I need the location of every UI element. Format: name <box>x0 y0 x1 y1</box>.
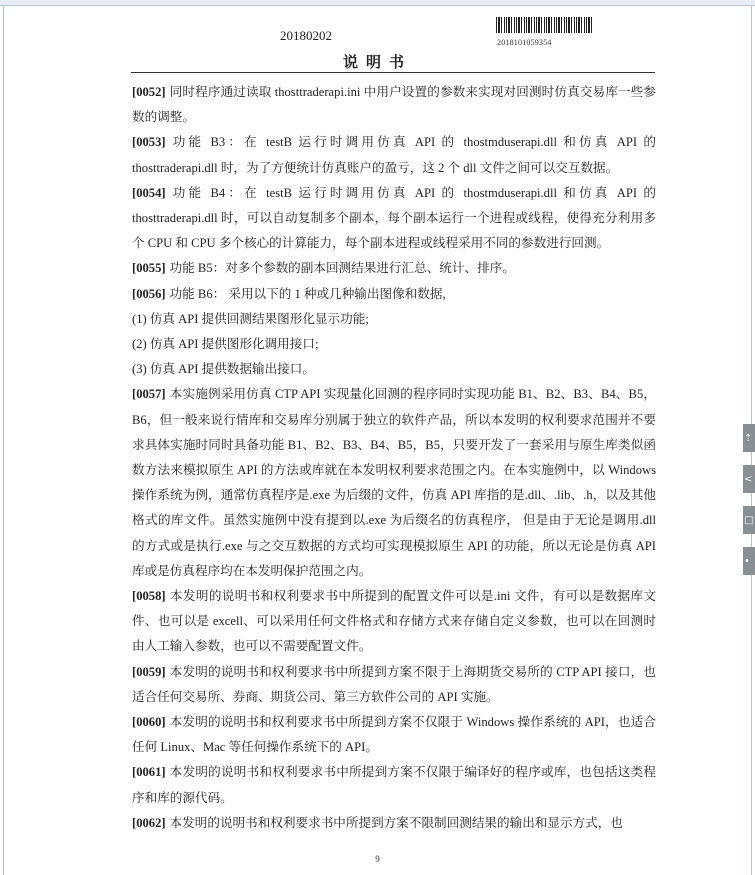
arrow-up-icon: ⇡ <box>744 433 752 444</box>
paragraph-0060: [0060]本发明的说明书和权利要求书中所提到方案不仅限于 Windows 操作… <box>132 710 656 760</box>
download-button[interactable]: • <box>743 547 755 575</box>
paragraph-text: 同时程序通过读取 thosttraderapi.ini 中用户设置的参数来实现对… <box>132 85 656 124</box>
paragraph-0054: [0054]功能 B4：在 testB 运行时调用仿真 API 的 thostm… <box>132 181 656 257</box>
page-left-edge <box>3 5 4 875</box>
feedback-icon: □ <box>744 515 753 526</box>
paragraph-number: [0060] <box>132 715 166 729</box>
paragraph-number: [0054] <box>132 186 166 200</box>
paragraph-0052: [0052]同时程序通过读取 thosttraderapi.ini 中用户设置的… <box>132 80 656 130</box>
list-item-2: (2) 仿真 API 提供图形化调用接口; <box>132 332 656 357</box>
paragraph-number: [0059] <box>132 665 166 679</box>
paragraph-text: 本发明的说明书和权利要求书中所提到方案不限于上海期货交易所的 CTP API 接… <box>132 665 656 704</box>
document-title: 说明书 <box>0 51 755 72</box>
paragraph-text: 本发明的说明书和权利要求书中所提到方案不限制回测结果的输出和显示方式，也 <box>170 816 623 830</box>
paragraph-text: 本发明的说明书和权利要求书中所提到方案不仅限于 Windows 操作系统的 AP… <box>132 715 656 754</box>
feedback-button[interactable]: □ <box>743 506 755 534</box>
paragraph-text: 功能 B4：在 testB 运行时调用仿真 API 的 thostmdusera… <box>132 186 656 250</box>
list-item-3: (3) 仿真 API 提供数据输出接口。 <box>132 357 656 382</box>
paragraph-number: [0061] <box>132 765 166 779</box>
application-number: 2018101059354 <box>497 38 552 47</box>
page-number: 9 <box>0 854 755 864</box>
share-button[interactable]: < <box>743 465 755 493</box>
paragraph-number: [0057] <box>132 387 166 401</box>
paragraph-0053: [0053]功能 B3：在 testB 运行时调用仿真 API 的 thostm… <box>132 130 656 180</box>
list-item-text: (2) 仿真 API 提供图形化调用接口; <box>132 337 318 351</box>
share-icon: < <box>744 474 752 485</box>
paragraph-0056: [0056]功能 B6： 采用以下的 1 种或几种输出图像和数据, <box>132 282 656 307</box>
barcode-image <box>496 17 594 33</box>
list-item-text: (1) 仿真 API 提供回测结果图形化显示功能; <box>132 312 369 326</box>
list-item-1: (1) 仿真 API 提供回测结果图形化显示功能; <box>132 307 656 332</box>
paragraph-text: 本发明的说明书和权利要求书中所提到方案不仅限于编译好的程序或库，也包括这类程序和… <box>132 765 656 804</box>
paragraph-text: 功能 B5：对多个参数的副本回测结果进行汇总、统计、排序。 <box>170 261 515 275</box>
paragraph-0057: [0057]本实施例采用仿真 CTP API 实现量化回测的程序同时实现功能 B… <box>132 382 656 584</box>
title-divider <box>131 72 655 73</box>
viewer-top-border <box>0 0 755 6</box>
document-body: [0052]同时程序通过读取 thosttraderapi.ini 中用户设置的… <box>132 80 656 836</box>
paragraph-number: [0052] <box>132 85 166 99</box>
publication-date: 20180202 <box>280 28 332 44</box>
paragraph-0055: [0055]功能 B5：对多个参数的副本回测结果进行汇总、统计、排序。 <box>132 256 656 281</box>
paragraph-text: 功能 B3：在 testB 运行时调用仿真 API 的 thostmdusera… <box>132 135 656 174</box>
back-to-top-button[interactable]: ⇡ <box>743 424 755 452</box>
paragraph-text: 功能 B6： 采用以下的 1 种或几种输出图像和数据, <box>170 287 446 301</box>
paragraph-0062: [0062]本发明的说明书和权利要求书中所提到方案不限制回测结果的输出和显示方式… <box>132 811 656 836</box>
paragraph-text: 本发明的说明书和权利要求书中所提到的配置文件可以是.ini 文件，有可以是数据库… <box>132 589 656 653</box>
download-icon: • <box>744 556 750 567</box>
paragraph-0058: [0058]本发明的说明书和权利要求书中所提到的配置文件可以是.ini 文件，有… <box>132 584 656 660</box>
paragraph-number: [0062] <box>132 816 166 830</box>
paragraph-text: 本实施例采用仿真 CTP API 实现量化回测的程序同时实现功能 B1、B2、B… <box>132 387 656 577</box>
paragraph-number: [0053] <box>132 135 166 149</box>
paragraph-number: [0056] <box>132 287 166 301</box>
paragraph-number: [0058] <box>132 589 166 603</box>
paragraph-0061: [0061]本发明的说明书和权利要求书中所提到方案不仅限于编译好的程序或库，也包… <box>132 760 656 810</box>
paragraph-number: [0055] <box>132 261 166 275</box>
side-toolbar: ⇡ < □ • <box>743 424 755 588</box>
list-item-text: (3) 仿真 API 提供数据输出接口。 <box>132 362 315 376</box>
paragraph-0059: [0059]本发明的说明书和权利要求书中所提到方案不限于上海期货交易所的 CTP… <box>132 660 656 710</box>
